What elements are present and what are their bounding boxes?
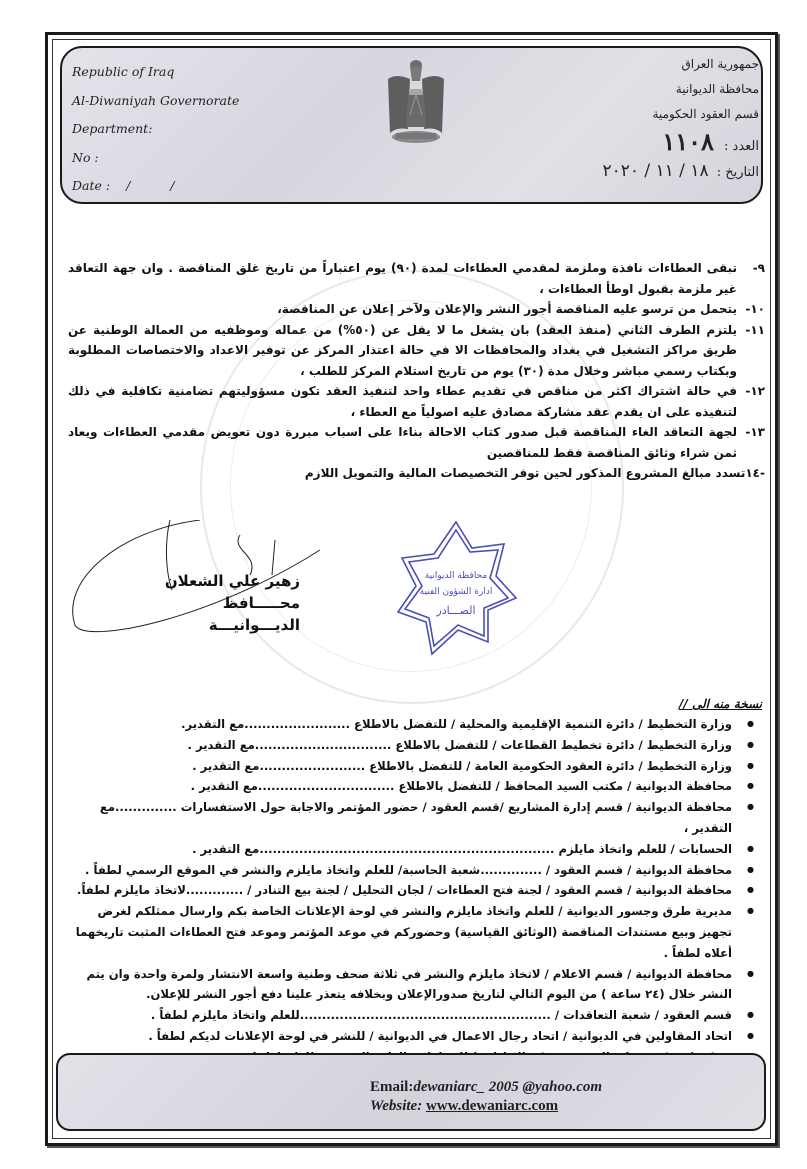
document-date: ١٨ / ١١ / ٢٠٢٠ bbox=[602, 161, 708, 181]
letterhead-arabic: جمهورية العراق محافظة الديوانية قسم العق… bbox=[519, 52, 759, 185]
letterhead-english: Republic of Iraq Al-Diwaniyah Governorat… bbox=[72, 58, 332, 201]
tender-conditions: ٩- تبقى العطاءات نافذة وملزمة لمقدمي الع… bbox=[68, 258, 765, 484]
clause-item: ١٢- في حالة اشتراك اكثر من مناقص في تقدي… bbox=[68, 381, 765, 422]
signatory-block: زهير علي الشعلان محـــــافظ الديـــوانيـ… bbox=[140, 570, 300, 636]
number-label: No : bbox=[72, 144, 332, 173]
date-label: Date : bbox=[72, 178, 110, 193]
cc-item: مديرية طرق وجسور الديوانية / للعلم واتخا… bbox=[70, 901, 762, 963]
cc-item: محافظة الديوانية / قسم العقود / لجنة فتح… bbox=[70, 880, 762, 901]
svg-text:الصـــادر: الصـــادر bbox=[435, 604, 475, 617]
governorate-name-ar: محافظة الديوانية bbox=[519, 77, 759, 102]
department-label: Department: bbox=[72, 115, 332, 144]
clause-item: ١١- يلتزم الطرف الثاني (منفذ العقد) بان … bbox=[68, 320, 765, 382]
cc-list: وزارة التخطيط / دائرة التنمية الإقليمية … bbox=[70, 714, 762, 1088]
cc-item: محافظة الديوانية / مكتب السيد المحافظ / … bbox=[70, 776, 762, 797]
cc-item: وزارة التخطيط / دائرة تخطيط القطاعات / ل… bbox=[70, 735, 762, 756]
official-stamp: محافظة الديوانية ادارة الشؤون الفنية الص… bbox=[392, 518, 520, 658]
clause-item: ١٣- لجهة التعاقد الغاء المناقصة قبل صدور… bbox=[68, 422, 765, 463]
svg-text:محافظة الديوانية: محافظة الديوانية bbox=[425, 571, 488, 581]
cc-item: اتحاد المقاولين في الديوانية / اتحاد رجا… bbox=[70, 1026, 762, 1047]
eagle-emblem-icon bbox=[382, 55, 450, 155]
document-number: ١١٠٨ bbox=[662, 127, 714, 156]
country-name: Republic of Iraq bbox=[72, 58, 332, 87]
svg-text:ادارة الشؤون الفنية: ادارة الشؤون الفنية bbox=[420, 587, 493, 597]
website-row: Website: www.dewaniarc.com bbox=[370, 1097, 602, 1116]
document-date-row: التاريخ : ١٨ / ١١ / ٢٠٢٠ bbox=[519, 157, 759, 185]
cc-item: وزارة التخطيط / دائرة التنمية الإقليمية … bbox=[70, 714, 762, 735]
department-name-ar: قسم العقود الحكومية bbox=[519, 102, 759, 127]
cc-heading: نسخة منه الى // bbox=[679, 697, 762, 711]
cc-item: وزارة التخطيط / دائرة العقود الحكومية ال… bbox=[70, 756, 762, 777]
country-name-ar: جمهورية العراق bbox=[519, 52, 759, 77]
cc-item: قسم العقود / شعبة التعاقدات / ..........… bbox=[70, 1005, 762, 1026]
email-row: Email:dewaniarc_ 2005 @yahoo.com bbox=[370, 1078, 602, 1097]
footer-contact: Email:dewaniarc_ 2005 @yahoo.com Website… bbox=[370, 1078, 602, 1116]
date-value: / / bbox=[126, 178, 192, 193]
cc-item: محافظة الديوانية / قسم إدارة المشاريع /ق… bbox=[70, 797, 762, 839]
date-row: Date : / / bbox=[72, 172, 332, 201]
clause-item: ١٠- يتحمل من ترسو عليه المناقصة أجور الن… bbox=[68, 299, 765, 320]
email-address[interactable]: dewaniarc_ 2005 @yahoo.com bbox=[413, 1079, 602, 1095]
date-label-ar: التاريخ : bbox=[717, 165, 759, 180]
website-label: Website: bbox=[370, 1098, 422, 1114]
website-link[interactable]: www.dewaniarc.com bbox=[426, 1098, 558, 1114]
signatory-name: زهير علي الشعلان bbox=[140, 570, 300, 592]
clause-item: ٩- تبقى العطاءات نافذة وملزمة لمقدمي الع… bbox=[68, 258, 765, 299]
clause-item: -١٤ تسدد مبالغ المشروع المذكور لحين توفر… bbox=[68, 463, 765, 484]
cc-item: محافظة الديوانية / قسم الاعلام / لاتخاذ … bbox=[70, 964, 762, 1006]
cc-item: الحسابات / للعلم واتخاذ مايلزم .........… bbox=[70, 839, 762, 860]
signatory-title: محـــــافظ الديـــوانيـــة bbox=[140, 592, 300, 636]
number-label-ar: العدد : bbox=[724, 139, 759, 154]
governorate-name: Al-Diwaniyah Governorate bbox=[72, 87, 332, 116]
cc-item: محافظة الديوانية / قسم العقود / ........… bbox=[70, 860, 762, 881]
document-number-row: العدد : ١١٠٨ bbox=[519, 127, 759, 157]
email-label: Email: bbox=[370, 1079, 413, 1095]
